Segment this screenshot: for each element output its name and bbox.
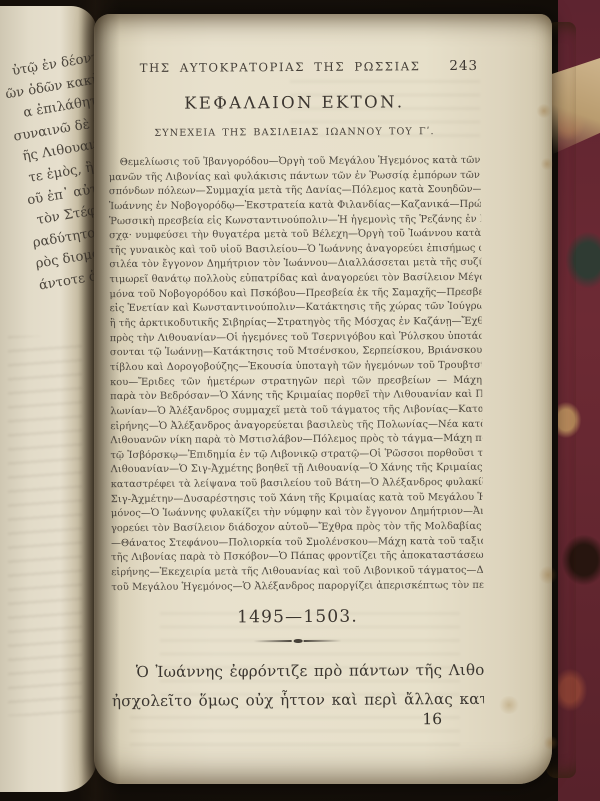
divider-rule-left — [254, 640, 292, 642]
chapter-title: ΚΕΦΑΛΑΙΟΝ ΕΚΤΟΝ. — [108, 92, 480, 113]
divider-center-dot — [293, 639, 302, 643]
running-header: ΤΗΣ ΑΥΤΟΚΡΑΤΟΡΙΑΣ ΤΗΣ ΡΩΣΣΙΑΣ — [108, 59, 452, 75]
page-content: ΤΗΣ ΑΥΤΟΚΡΑΤΟΡΙΑΣ ΤΗΣ ΡΩΣΣΙΑΣ 243 ΚΕΦΑΛΑ… — [108, 13, 484, 730]
running-header-row: ΤΗΣ ΑΥΤΟΚΡΑΤΟΡΙΑΣ ΤΗΣ ΡΩΣΣΙΑΣ 243 — [108, 59, 480, 77]
facing-page-edge: ὐτῷ ἐν δέοντιῶν ὁδῶν κακὴνα ἐπιλάθηταισυ… — [0, 6, 97, 792]
section-divider-ornament — [254, 639, 342, 643]
facing-page-show-through — [8, 336, 82, 716]
date-range-heading: 1495—1503. — [111, 606, 483, 628]
divider-rule-right — [304, 640, 342, 642]
page-number: 243 — [449, 58, 478, 74]
book-photo: ὐτῷ ἐν δέοντιῶν ὁδῶν κακὴνα ἐπιλάθηταισυ… — [0, 0, 600, 801]
argument-line: Ἰωάννης ἐν Νοβογορόδῳ—Ἐκστρατεία κατὰ Φι… — [109, 198, 481, 215]
argument-line: τοῦ Μεγάλου Ἡγεμόνος—Ὁ Ἀλέξανδρος παροργ… — [111, 578, 483, 595]
argument-line: εἰρήνης—Ἐκεχειρία μετὰ τῆς Λιθουανίας κα… — [111, 564, 483, 581]
chapter-subtitle: ΣΥΝΕΧΕΙΑ ΤΗΣ ΒΑΣΙΛΕΙΑΣ ΙΩΑΝΝΟΥ ΤΟΥ Γʹ. — [109, 126, 481, 139]
chapter-argument: Θεμελίωσις τοῦ Ἰβανγορόδου—Ὀργὴ τοῦ Μεγά… — [109, 154, 484, 595]
body-text: Ὁ Ἰωάννης ἐφρόντιζε πρὸ πάντων τῆς Λιθου… — [112, 656, 484, 716]
argument-line: λωνίαν—Ὁ Ἀλέξανδρος συμμαχεῖ μετὰ τοῦ τά… — [110, 403, 482, 420]
body-text-line: Ὁ Ἰωάννης ἐφρόντιζε πρὸ πάντων τῆς Λιθου… — [112, 656, 484, 687]
